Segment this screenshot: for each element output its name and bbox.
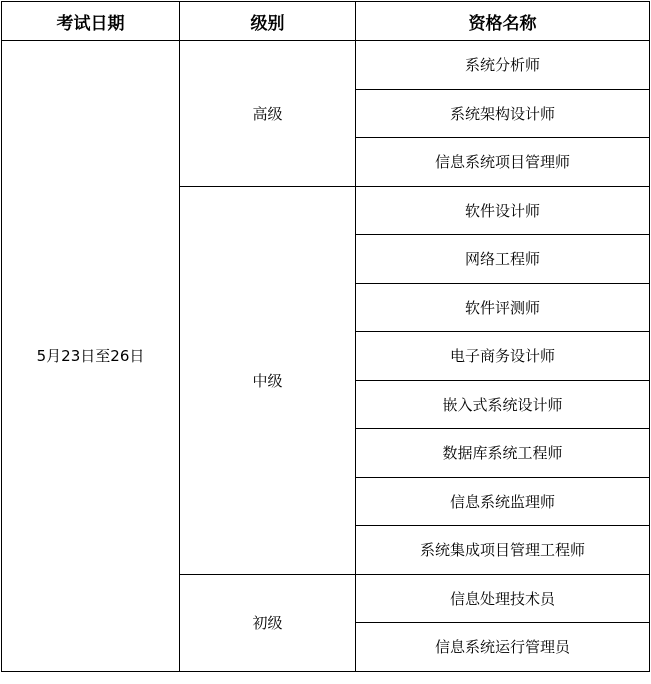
qualification-cell: 系统架构设计师	[356, 89, 650, 138]
qualification-cell: 系统集成项目管理工程师	[356, 526, 650, 575]
header-level: 级别	[180, 2, 356, 41]
header-exam-date: 考试日期	[2, 2, 180, 41]
qualification-cell: 信息系统监理师	[356, 477, 650, 526]
qualification-cell: 电子商务设计师	[356, 332, 650, 381]
exam-schedule-table: 考试日期 级别 资格名称 5月23日至26日 高级 系统分析师 系统架构设计师 …	[1, 1, 650, 672]
table-row: 5月23日至26日 高级 系统分析师	[2, 41, 650, 90]
qualification-cell: 系统分析师	[356, 41, 650, 90]
qualification-cell: 信息系统运行管理员	[356, 623, 650, 672]
qualification-cell: 软件评测师	[356, 283, 650, 332]
qualification-cell: 嵌入式系统设计师	[356, 380, 650, 429]
qualification-cell: 信息处理技术员	[356, 574, 650, 623]
qualification-cell: 软件设计师	[356, 186, 650, 235]
header-row: 考试日期 级别 资格名称	[2, 2, 650, 41]
level-cell-intermediate: 中级	[180, 186, 356, 574]
level-cell-senior: 高级	[180, 41, 356, 187]
exam-date-cell: 5月23日至26日	[2, 41, 180, 672]
qualification-cell: 数据库系统工程师	[356, 429, 650, 478]
level-cell-junior: 初级	[180, 574, 356, 671]
header-qualification: 资格名称	[356, 2, 650, 41]
qualification-cell: 信息系统项目管理师	[356, 138, 650, 187]
qualification-cell: 网络工程师	[356, 235, 650, 284]
